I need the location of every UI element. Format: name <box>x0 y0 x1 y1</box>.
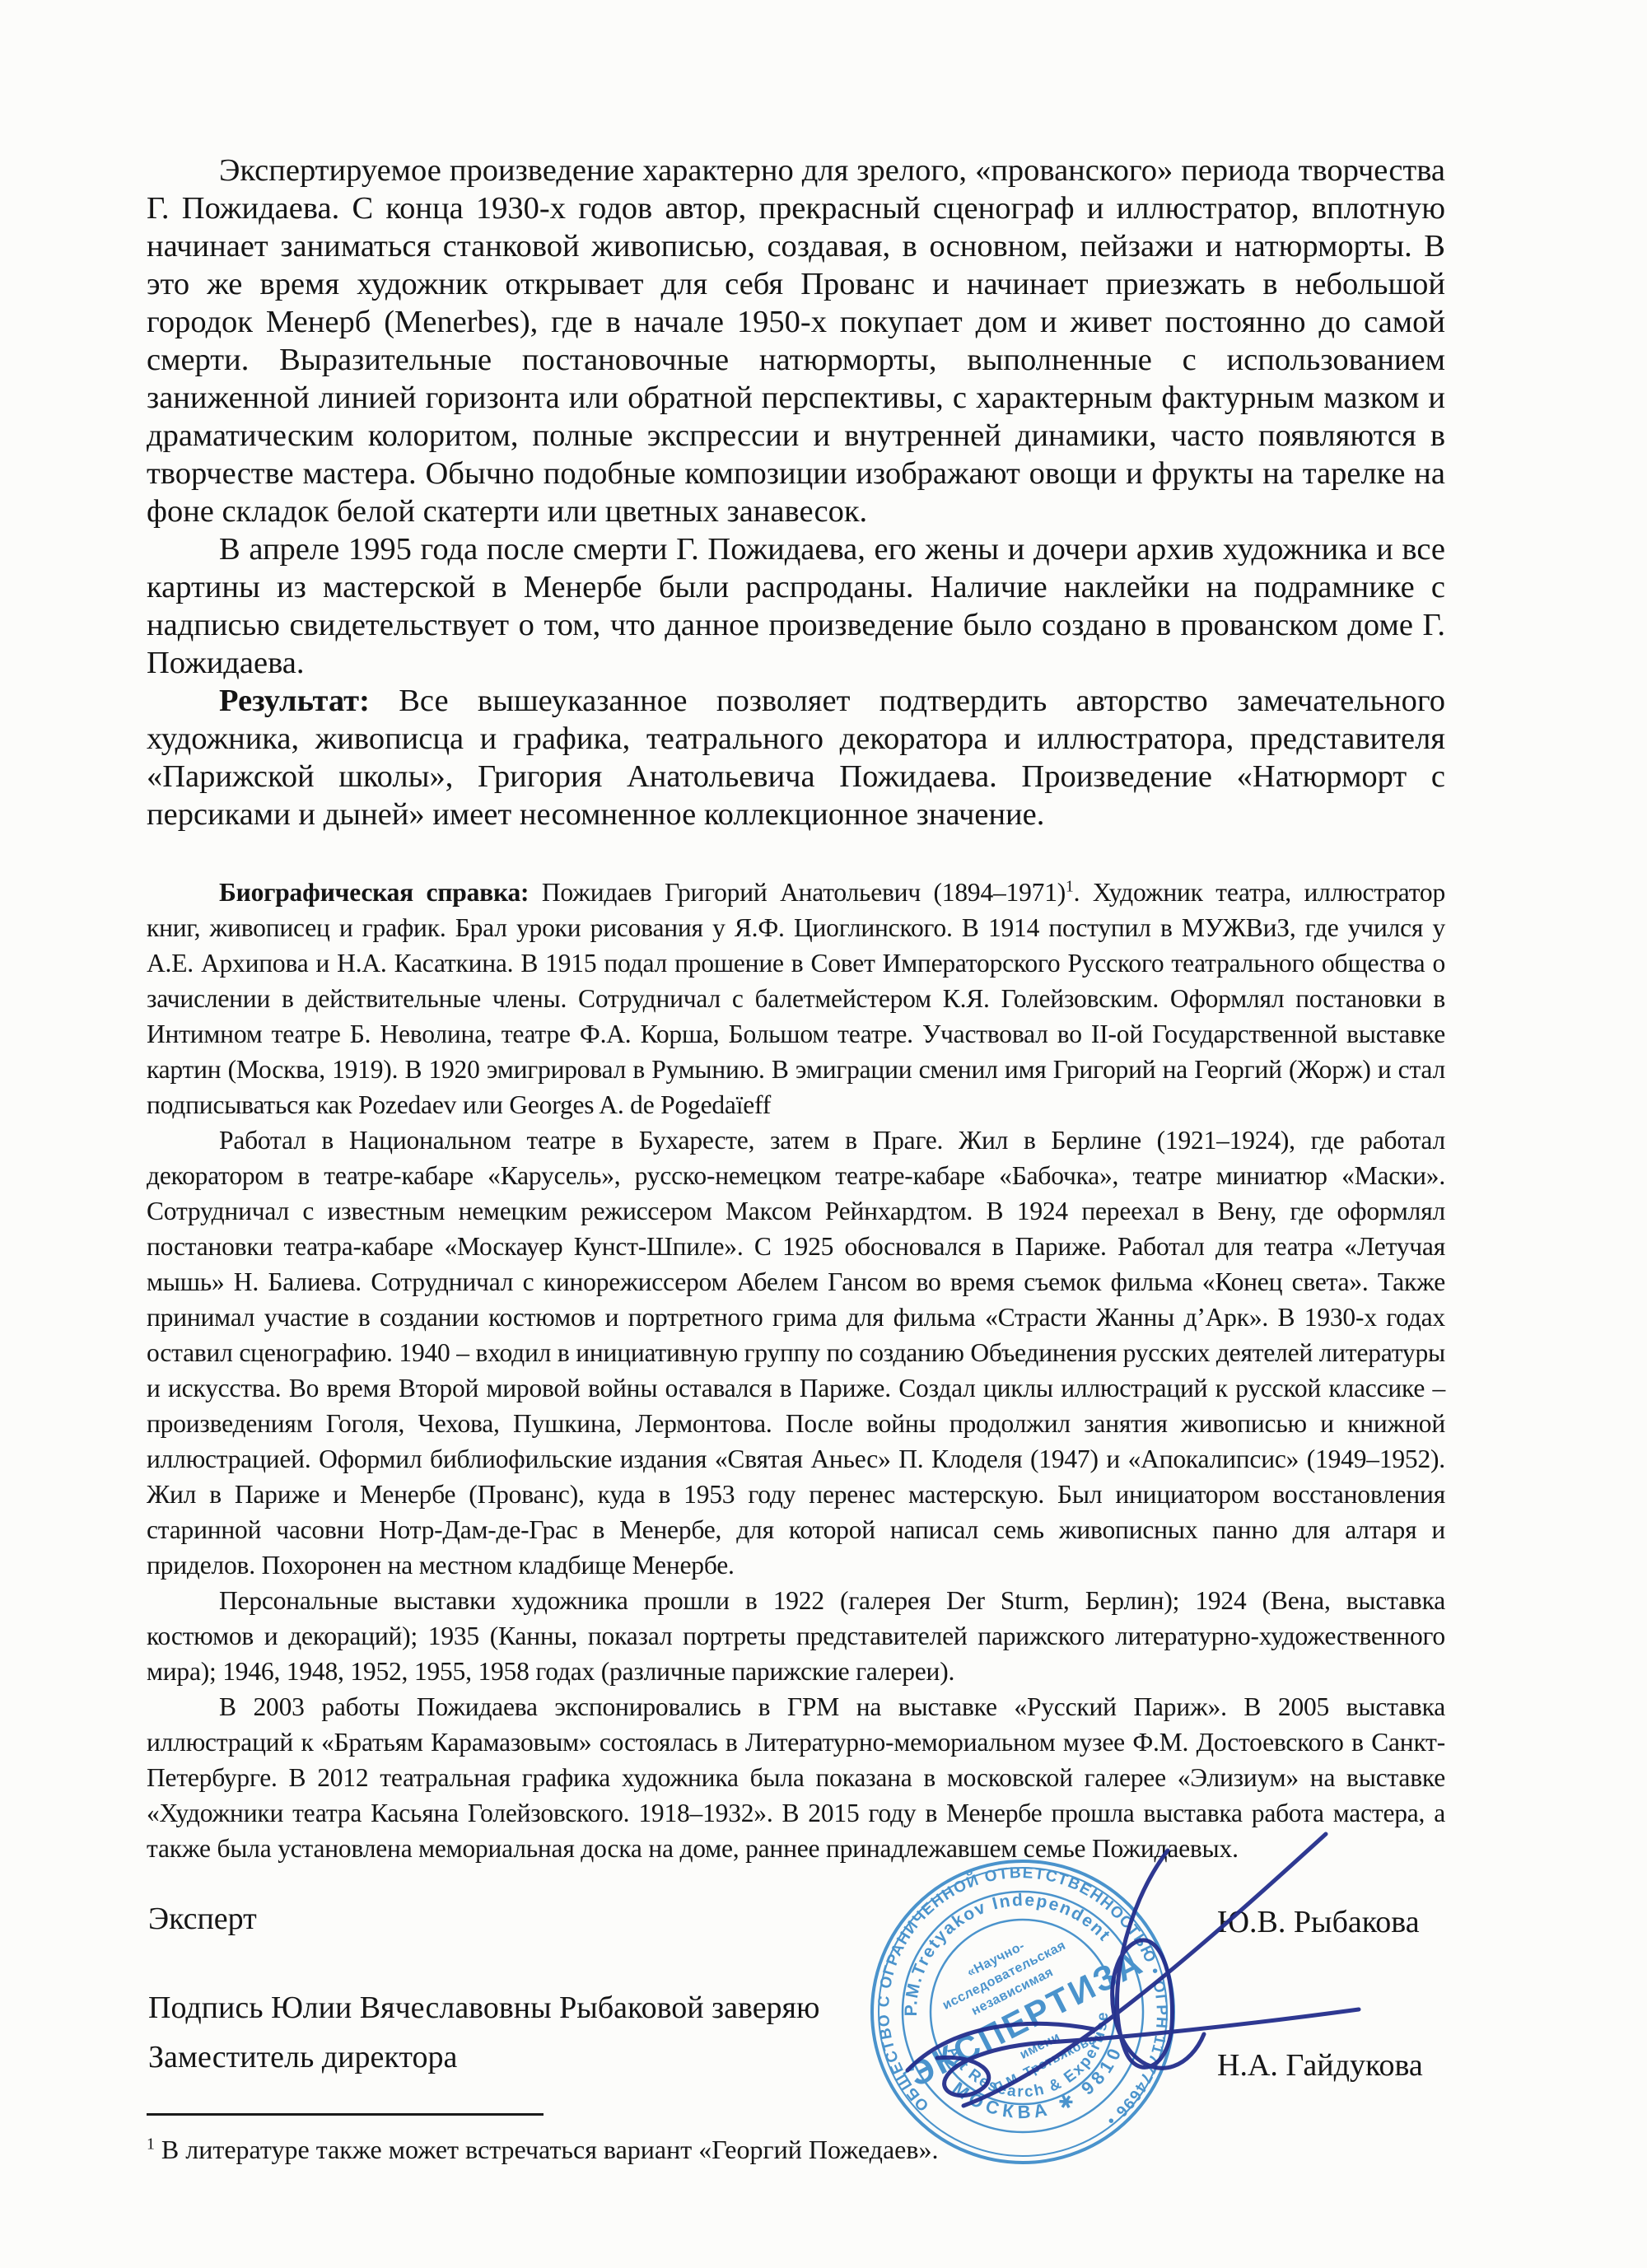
biography-section: Биографическая справка: Пожидаев Григори… <box>147 875 1445 1866</box>
certify-line-1: Подпись Юлии Вячеславовны Рыбаковой заве… <box>148 1983 819 2032</box>
expert-label: Эксперт <box>148 1901 257 1937</box>
certify-line-2: Заместитель директора <box>148 2032 819 2082</box>
bio-paragraph-3: Персональные выставки художника прошли в… <box>147 1583 1445 1689</box>
result-label: Результат: <box>219 684 370 718</box>
company-stamp: ОБЩЕСТВО С ОГРАНИЧЕННОЙ ОТВЕТСТВЕННОСТЬЮ… <box>832 1822 1173 2163</box>
footnote-divider <box>147 2113 544 2116</box>
stamp-and-signatures: ОБЩЕСТВО С ОГРАНИЧЕННОЙ ОТВЕТСТВЕННОСТЬЮ… <box>832 1822 1491 2250</box>
bio-paragraph-1: Биографическая справка: Пожидаев Григори… <box>147 875 1445 1122</box>
bio-paragraph-2: Работал в Национальном театре в Бухарест… <box>147 1122 1445 1583</box>
footnote-text: В литературе также может встречаться вар… <box>155 2135 939 2164</box>
expertise-section: Экспертируемое произведение характерно д… <box>147 152 1445 833</box>
footnote-reference: 1 <box>1066 879 1074 896</box>
document-page: Экспертируемое произведение характерно д… <box>0 0 1647 2268</box>
bio-intro: Пожидаев Григорий Анатольевич (1894–1971… <box>529 878 1066 907</box>
footnote-number: 1 <box>147 2135 155 2153</box>
bio-rest: . Художник театра, иллюстратор книг, жив… <box>147 878 1445 1119</box>
certification-block: Подпись Юлии Вячеславовны Рыбаковой заве… <box>148 1983 819 2082</box>
paragraph-provence-period: Экспертируемое произведение характерно д… <box>147 152 1445 530</box>
paragraph-1995-sale: В апреле 1995 года после смерти Г. Пожид… <box>147 530 1445 682</box>
paragraph-result: Результат: Все вышеуказанное позволяет п… <box>147 682 1445 833</box>
bio-label: Биографическая справка: <box>219 878 529 907</box>
